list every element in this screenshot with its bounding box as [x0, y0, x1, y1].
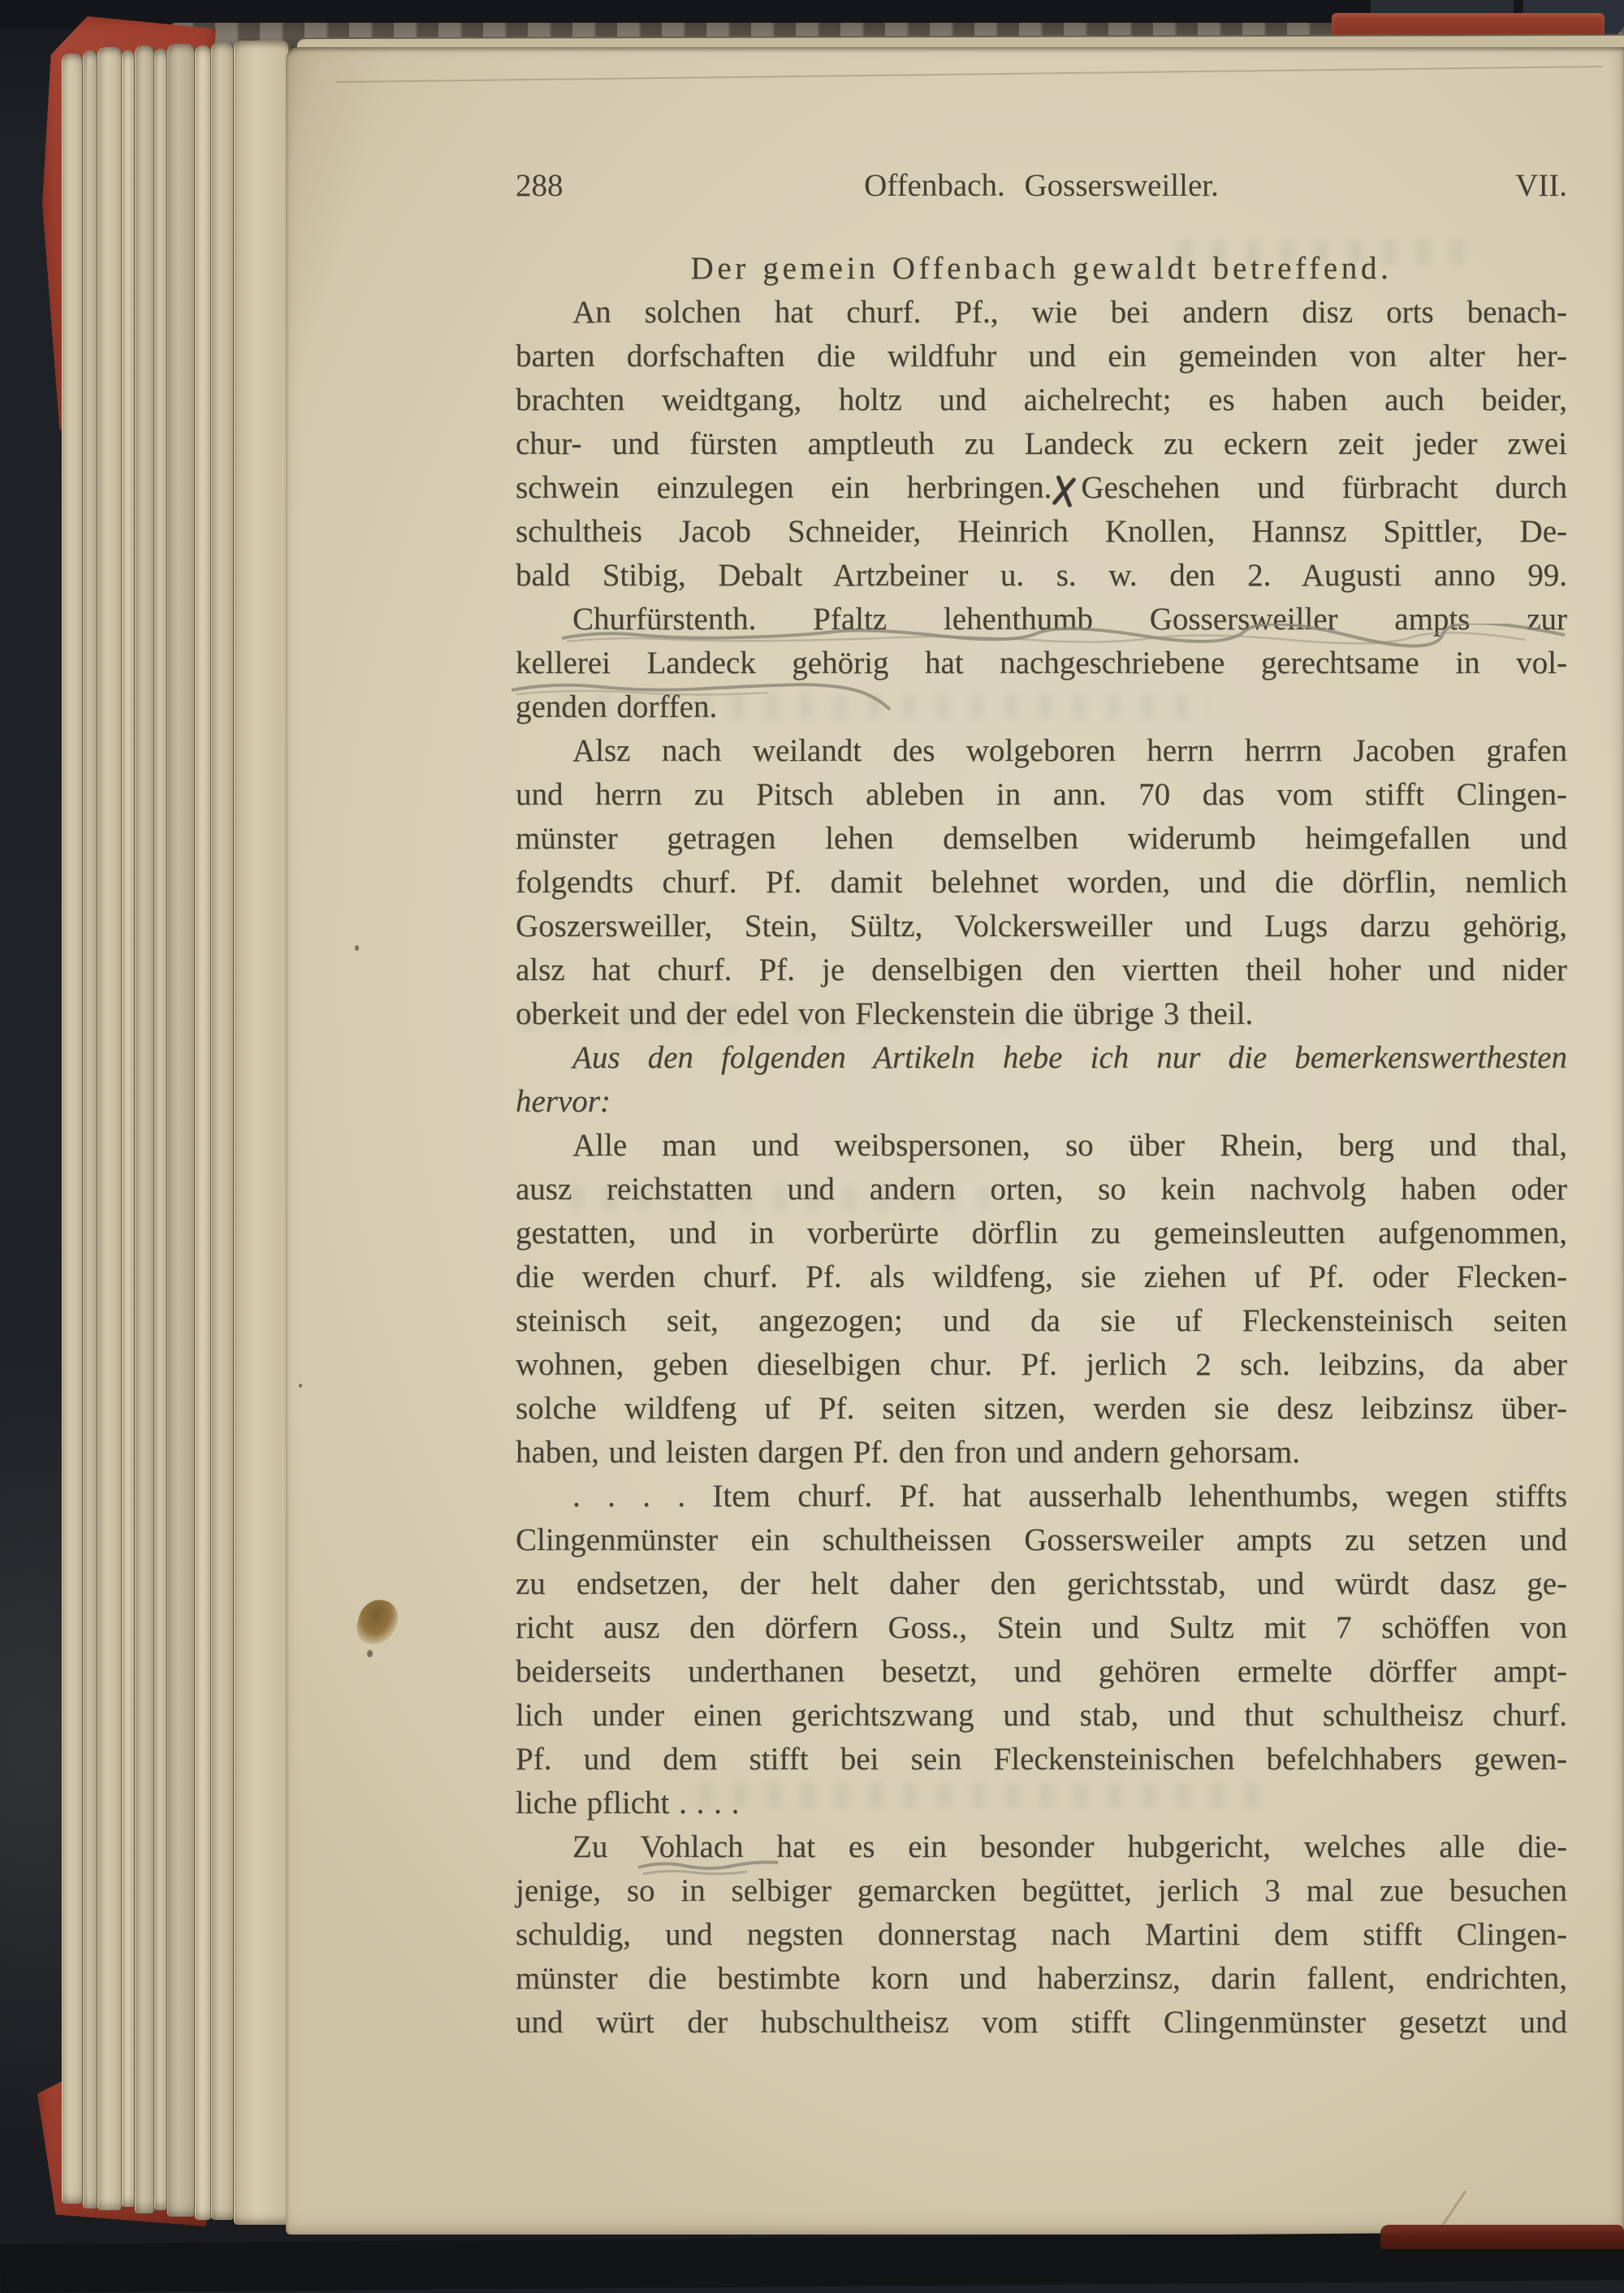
page-edge — [97, 47, 123, 2210]
text-line: solche wildfeng uf Pf. seiten sitzen, we… — [516, 1387, 1567, 1431]
text-line: oberkeit und der edel von Fleckenstein d… — [516, 992, 1567, 1036]
text-line: ausz reichstatten und andern orten, so k… — [516, 1168, 1567, 1211]
under-sheet-line — [336, 66, 1603, 83]
page-edge — [234, 41, 290, 2225]
page-edge — [62, 54, 84, 2204]
text-line: haben, und leisten dargen Pf. den fron u… — [516, 1431, 1567, 1475]
text-line: beiderseits underthanen besetzt, und geh… — [516, 1650, 1567, 1694]
page-edge — [211, 42, 235, 2220]
page-number: 288 — [516, 167, 564, 204]
text-line: genden dorffen. — [516, 685, 1567, 729]
text-line: schultheis Jacob Schneider, Heinrich Kno… — [516, 510, 1567, 554]
text-line: richt ausz den dörfern Goss., Stein und … — [516, 1606, 1567, 1650]
volume-numeral: VII. — [1515, 167, 1567, 204]
book-photo-scene: 288 Offenbach. Gossersweiller. VII. Der … — [0, 0, 1624, 2249]
page-edge — [167, 44, 196, 2217]
text-line: steinisch seit, angezogen; und da sie uf… — [516, 1299, 1567, 1343]
page-edge — [154, 49, 168, 2210]
text-lines: Der gemein Offenbach gewaldt betreffend.… — [516, 247, 1567, 2045]
ink-speck — [367, 1650, 373, 1657]
page-edge — [135, 45, 155, 2213]
text-line: . . . . Item churf. Pf. hat ausserhalb l… — [516, 1475, 1567, 1518]
section-heading-line: Der gemein Offenbach gewaldt betreffend. — [516, 247, 1567, 291]
text-line: wohnen, geben dieselbigen chur. Pf. jerl… — [516, 1343, 1567, 1387]
text-segment: schwein einzulegen ein herbringen. — [516, 470, 1052, 505]
text-line: chur- und fürsten amptleuth zu Landeck z… — [516, 422, 1567, 466]
text-line: und herrn zu Pitsch ableben in ann. 70 d… — [516, 773, 1567, 817]
red-leather-corner-bottom-right — [1380, 2225, 1624, 2249]
text-line: Churfürstenth. Pfaltz lehenthumb Gossers… — [516, 598, 1567, 641]
text-line: Zu Vohlach hat es ein besonder hubgerich… — [516, 1825, 1567, 1869]
text-line: schwein einzulegen ein herbringen.Gesche… — [516, 466, 1567, 510]
text-line: lich under einen gerichtszwang und stab,… — [516, 1694, 1567, 1738]
text-line: Goszersweiller, Stein, Sültz, Volckerswe… — [516, 905, 1567, 948]
text-line: und würt der hubschultheisz vom stifft C… — [516, 2001, 1567, 2045]
page-edge — [83, 50, 98, 2209]
text-line: jenige, so in selbiger gemarcken begütte… — [516, 1869, 1567, 1913]
text-line: münster die bestimbte korn und haberzins… — [516, 1957, 1567, 2001]
ink-stain — [353, 1596, 402, 1649]
book-page: 288 Offenbach. Gossersweiller. VII. Der … — [286, 47, 1624, 2235]
ink-speck — [355, 945, 359, 951]
page-header: 288 Offenbach. Gossersweiller. VII. — [516, 167, 1567, 211]
ink-speck — [299, 1384, 302, 1388]
text-line: hervor: — [516, 1080, 1567, 1124]
text-line: die werden churf. Pf. als wildfeng, sie … — [516, 1255, 1567, 1299]
text-line: Pf. und dem stifft bei sein Fleckenstein… — [516, 1738, 1567, 1781]
text-line: liche pflicht . . . . — [516, 1781, 1567, 1825]
text-line: brachten weidtgang, holtz und aichelrech… — [516, 378, 1567, 422]
text-line: Aus den folgenden Artikeln hebe ich nur … — [516, 1036, 1567, 1080]
text-line: alsz hat churf. Pf. je denselbigen den v… — [516, 948, 1567, 992]
text-line: bald Stibig, Debalt Artzbeiner u. s. w. … — [516, 554, 1567, 598]
text-line: An solchen hat churf. Pf., wie bei ander… — [516, 291, 1567, 335]
text-line: Clingenmünster ein schultheissen Gossers… — [516, 1518, 1567, 1562]
text-line: schuldig, und negsten donnerstag nach Ma… — [516, 1913, 1567, 1957]
text-line: münster getragen lehen demselben widerum… — [516, 817, 1567, 861]
text-line: folgendts churf. Pf. damit belehnet word… — [516, 861, 1567, 905]
page-edge — [195, 45, 212, 2220]
text-line: Alsz nach weilandt des wolgeboren herrn … — [516, 729, 1567, 773]
running-title: Offenbach. Gossersweiller. — [864, 167, 1219, 204]
text-line: Alle man und weibspersonen, so über Rhei… — [516, 1124, 1567, 1168]
handwritten-x-mark — [1052, 475, 1075, 508]
text-line: zu endsetzen, der helt daher den gericht… — [516, 1562, 1567, 1606]
text-segment: Geschehen und fürbracht durch — [1081, 470, 1567, 505]
text-line: barten dorfschaften die wildfuhr und ein… — [516, 335, 1567, 378]
page-edge — [122, 50, 136, 2207]
text-line: kellerei Landeck gehörig hat nachgeschri… — [516, 641, 1567, 685]
text-line: gestatten, und in vorberürte dörflin zu … — [516, 1211, 1567, 1255]
